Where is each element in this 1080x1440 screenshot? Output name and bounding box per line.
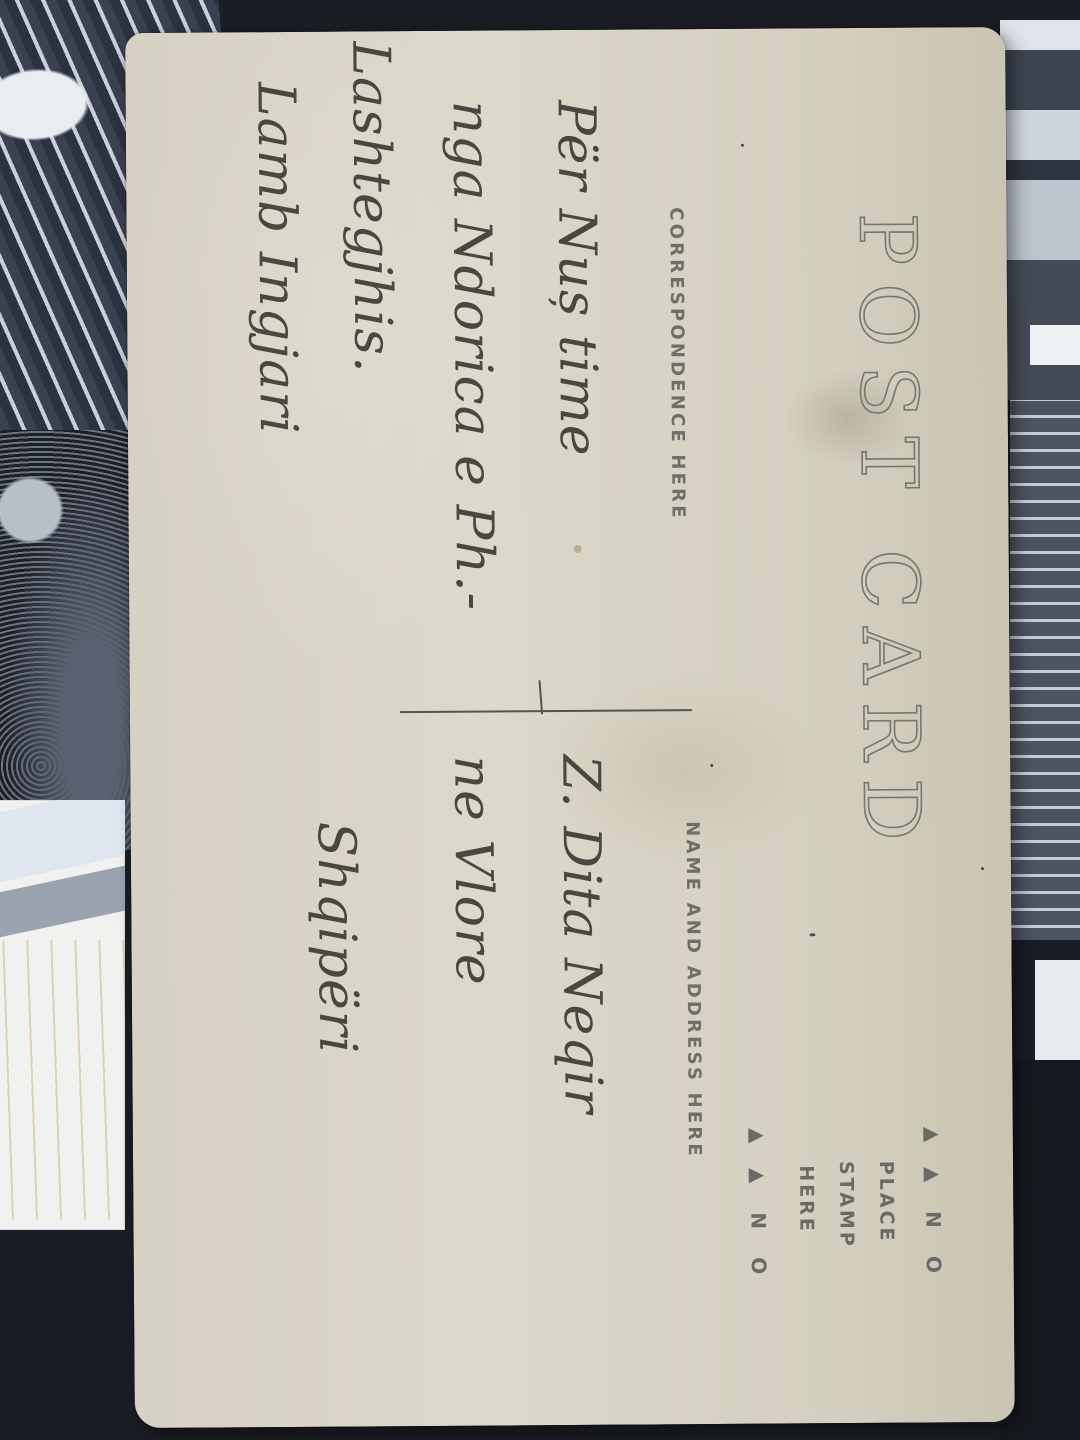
background-photo-border xyxy=(1030,325,1080,365)
paper-stain xyxy=(574,545,582,553)
paper-speck xyxy=(741,144,744,147)
handwritten-message-line: Lamb Ingjari xyxy=(245,82,307,435)
divider-tick xyxy=(538,680,543,714)
address-label: NAME AND ADDRESS HERE xyxy=(682,821,705,1159)
stamp-border-left: ▲ ▲ N O xyxy=(745,1124,746,1324)
stamp-text-here: HERE xyxy=(795,1165,817,1234)
stamp-box: ▲ ▲ N O PLACE STAMP HERE ▲ ▲ N O xyxy=(745,1122,956,1323)
photo-stain-lines xyxy=(0,940,125,1220)
background-photo-border xyxy=(1035,960,1080,1060)
stamp-border-right: ▲ ▲ N O xyxy=(920,1123,921,1323)
handwritten-message-line: Lashtegjhis. xyxy=(340,41,402,374)
paper-speck xyxy=(981,867,984,870)
stamp-text-place: PLACE xyxy=(875,1161,898,1244)
paper-speck xyxy=(710,764,713,767)
divider-line xyxy=(400,709,692,713)
background-photo-bottom-left xyxy=(0,800,125,1230)
postcard: POST CARD CORRESPONDENCE HERE NAME AND A… xyxy=(125,27,1015,1428)
correspondence-label: CORRESPONDENCE HERE xyxy=(665,207,688,521)
stamp-text-stamp: STAMP xyxy=(835,1161,858,1249)
handwritten-message-line: Për Nuș time xyxy=(546,100,608,457)
handwritten-address-line: Shqipëri xyxy=(306,821,368,1054)
paper-speck xyxy=(809,933,815,936)
handwritten-address-line: Z. Dita Neqir xyxy=(550,755,613,1114)
handwritten-message-line: nga Ndorica e Ph.- xyxy=(441,100,505,611)
handwritten-address-line: ne Vlore xyxy=(442,755,504,985)
postcard-header: POST CARD xyxy=(841,212,936,859)
